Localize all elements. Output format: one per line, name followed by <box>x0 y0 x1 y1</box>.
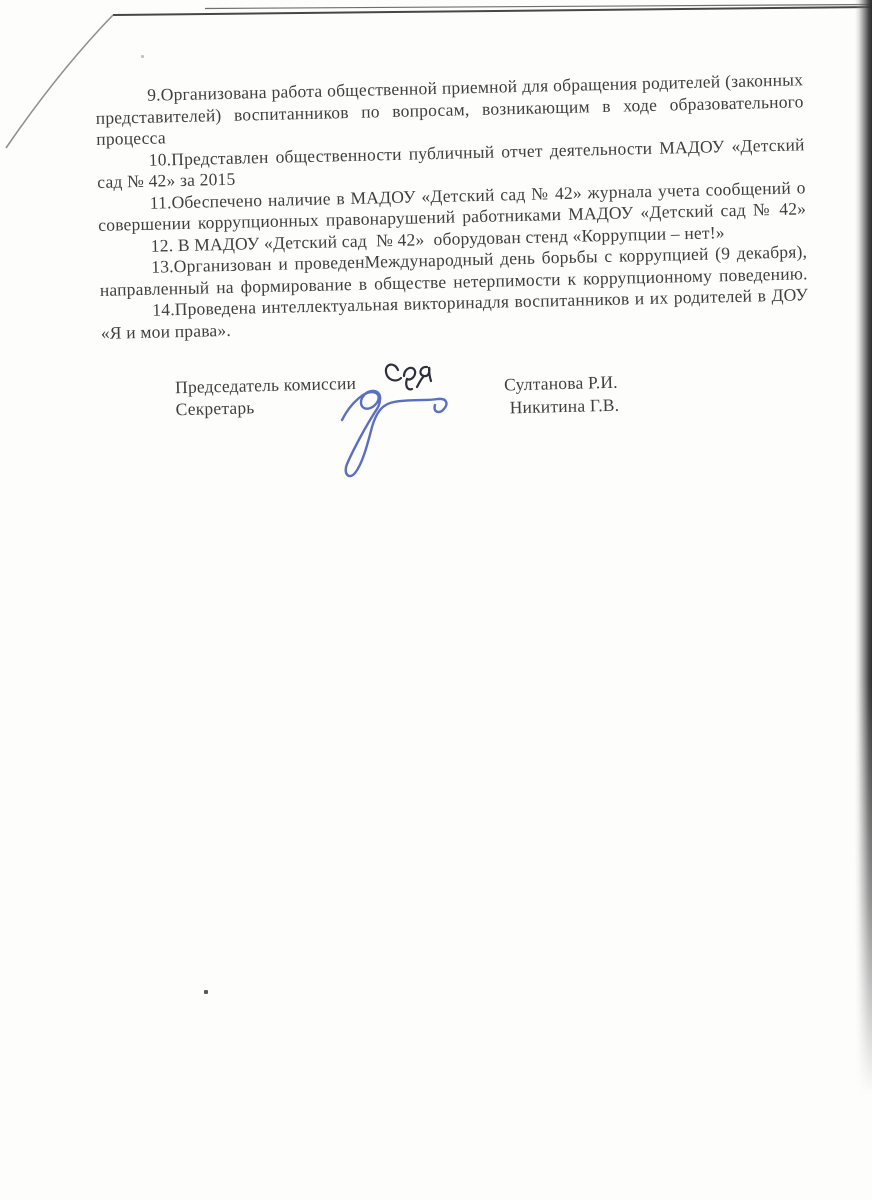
signature-names: Султанова Р.И. Никитина Г.В. <box>504 371 620 419</box>
signature-name-chairman: Султанова Р.И. <box>504 371 619 396</box>
signature-dark-part <box>386 365 431 390</box>
handwritten-signature <box>326 354 461 489</box>
scan-dust-speck <box>204 990 208 994</box>
paper-top-edge-line-2 <box>205 5 872 9</box>
signature-blue-flourish <box>342 391 446 476</box>
scanned-page: 9.Организована работа общественной прием… <box>0 0 872 1200</box>
scan-dust-speck <box>141 55 144 58</box>
paper-top-edge-line <box>113 7 872 15</box>
signature-name-secretary: Никитина Г.В. <box>504 393 619 418</box>
scan-shadow-right <box>855 0 872 1095</box>
